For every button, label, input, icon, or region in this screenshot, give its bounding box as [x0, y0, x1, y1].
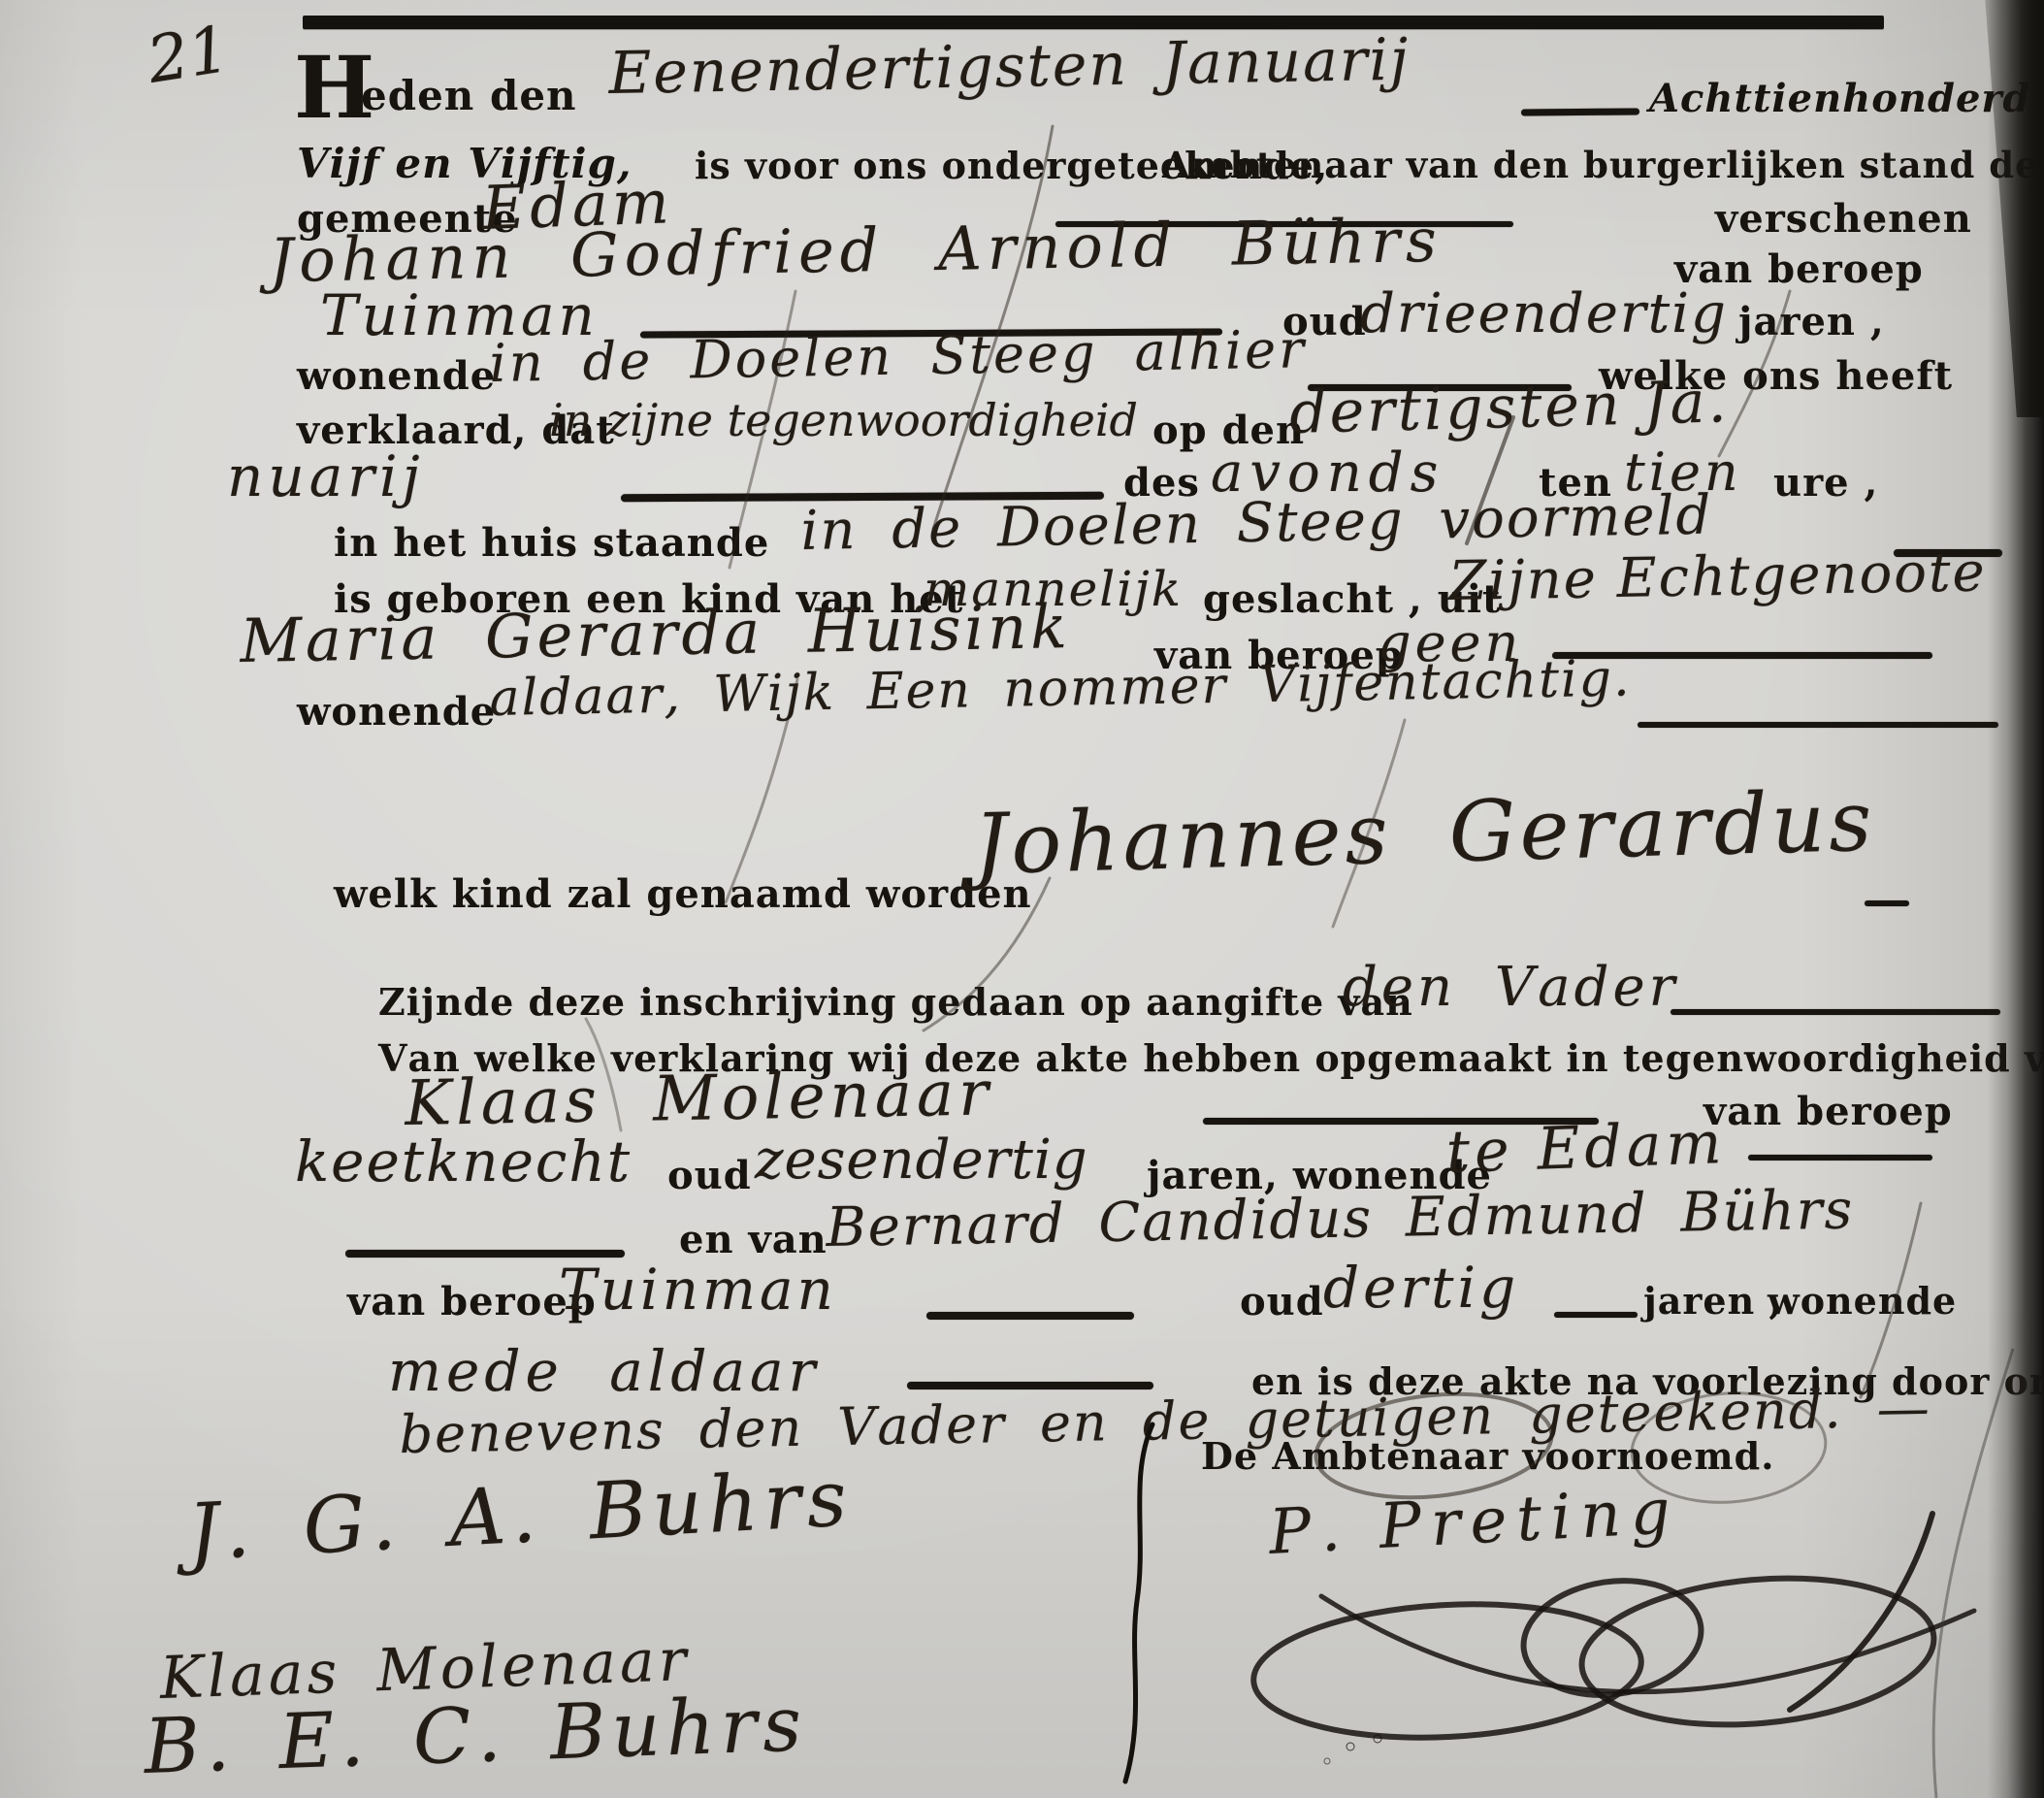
- written-child-name: Johannes Gerardus: [973, 780, 1877, 887]
- written-witness2-occupation: Tuinman: [559, 1261, 837, 1318]
- printed-verschenen: verschenen: [1715, 200, 1972, 239]
- signature-father: J. G. A. Buhrs: [186, 1459, 855, 1572]
- written-witness1-name: Klaas Molenaar: [405, 1062, 993, 1135]
- printed-in-het-huis: in het huis staande: [334, 524, 769, 563]
- printed-van-beroep-3: van beroep: [1703, 1093, 1953, 1131]
- fill-line: [1671, 1009, 2000, 1015]
- signature-witness2: B. E. C. Buhrs: [143, 1686, 808, 1785]
- written-witness1-occupation: keetknecht: [295, 1133, 632, 1190]
- written-mother-relation: Zijne Echtgenoote: [1448, 545, 1987, 609]
- written-witness1-address: te Edam: [1445, 1114, 1727, 1182]
- written-witness2-address: mede aldaar: [388, 1343, 820, 1399]
- fill-line: [907, 1382, 1153, 1389]
- top-rule: [303, 16, 1884, 29]
- printed-ure: ure ,: [1773, 464, 1878, 503]
- signature-official: P. Preting: [1268, 1481, 1681, 1564]
- written-declarant-address: in de Doelen Steeg alhier: [489, 323, 1307, 390]
- written-declarant-name: Johann Godfried Arnold Bührs: [269, 211, 1443, 291]
- printed-wonende-3: wonende: [1768, 1283, 1957, 1320]
- written-mother-name: Maria Gerarda Huisink: [240, 597, 1071, 671]
- fill-line: [1865, 900, 1909, 906]
- printed-zijnde: Zijnde deze inschrijving gedaan op aangi…: [378, 984, 1413, 1021]
- printed-oud-3: oud: [1240, 1283, 1324, 1322]
- written-declarant-age: drieendertig: [1360, 287, 1728, 342]
- written-date: Eenendertigsten Januarij: [608, 31, 1411, 103]
- written-birth-day-2: nuarij: [227, 448, 425, 505]
- fill-line: [926, 1312, 1134, 1320]
- printed-achttienhonderd: Achttienhonderd: [1649, 80, 2030, 118]
- printed-welk-kind: welk kind zal genaamd worden: [334, 875, 1032, 914]
- act-number: 21: [144, 17, 234, 93]
- printed-ambtenaar: Ambtenaar van den burgerlijken stand der: [1162, 147, 2044, 183]
- printed-en-van: en van: [679, 1221, 827, 1259]
- fill-line: [1638, 722, 1998, 728]
- fill-line: [1554, 1312, 1638, 1318]
- printed-jaren: jaren ,: [1738, 303, 1885, 342]
- printed-jaren-wonende-2: jaren ,: [1643, 1283, 1783, 1320]
- written-birth-day-1: dertigsten Ja.: [1288, 373, 1730, 442]
- fill-line: [1748, 1155, 1932, 1161]
- written-informant: den Vader: [1343, 961, 1678, 1015]
- printed-oud-2: oud: [667, 1157, 752, 1195]
- printed-wonende: wonende: [297, 357, 496, 396]
- official-title: De Ambtenaar voornoemd.: [1201, 1438, 1774, 1475]
- written-witness2-name: Bernard Candidus Edmund Bührs: [826, 1184, 1855, 1256]
- written-presence: in zijne tegenwoordigheid: [549, 398, 1138, 442]
- fill-line: [1521, 108, 1639, 115]
- written-witness2-age: dertig: [1323, 1259, 1519, 1316]
- printed-heden-rest: eden den: [361, 76, 577, 116]
- birth-record-scan: 21 H eden den Eenendertigsten Januarij A…: [0, 0, 2044, 1798]
- printed-wonende-2: wonende: [297, 693, 496, 732]
- written-witness1-age: zesendertig: [755, 1133, 1088, 1188]
- brace-icon: [1114, 1419, 1172, 1787]
